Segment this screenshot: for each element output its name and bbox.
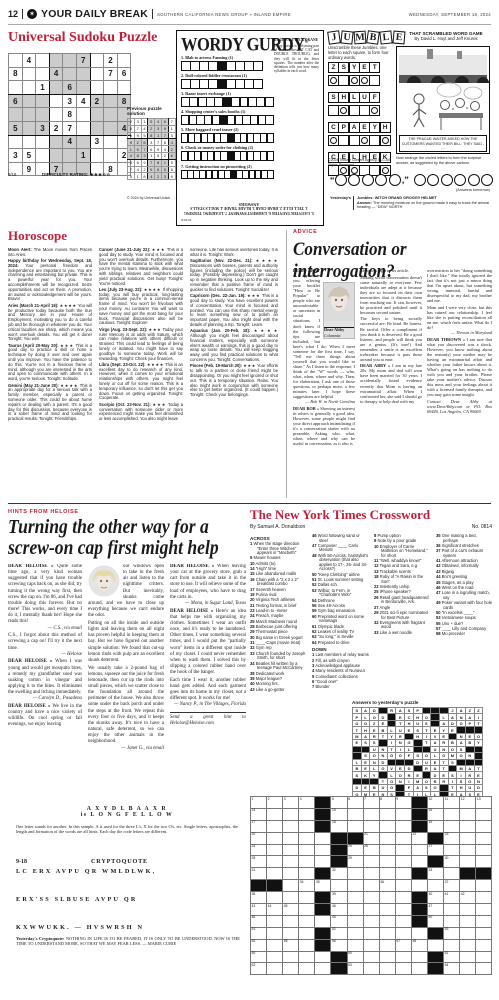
cryptoquote-line-3[interactable]: KXWWUKK. — HVSWRSH N — [16, 924, 144, 931]
crossword-cell[interactable]: 39 — [331, 892, 347, 904]
sudoku-cell[interactable] — [63, 149, 77, 163]
crossword-cell[interactable] — [267, 939, 283, 951]
letter-square[interactable] — [265, 115, 273, 125]
crossword-cell[interactable] — [283, 808, 299, 820]
crossword-cell[interactable]: 54 — [251, 939, 267, 951]
surprise-answer-circle[interactable] — [389, 174, 401, 186]
crossword-cell[interactable] — [444, 915, 460, 927]
crossword-cell[interactable] — [476, 927, 492, 939]
crossword-cell[interactable] — [299, 951, 315, 963]
crossword-cell[interactable] — [379, 939, 395, 951]
jumble-answer-circles[interactable]: “,” — [330, 174, 495, 186]
crossword-cell[interactable] — [283, 927, 299, 939]
crossword-cell[interactable] — [395, 904, 411, 916]
crossword-cell[interactable] — [395, 808, 411, 820]
sudoku-cell[interactable] — [117, 81, 131, 95]
crossword-cell[interactable]: 2 — [267, 797, 283, 809]
sudoku-cell[interactable] — [36, 108, 50, 122]
jumble-logo: JUMBLE — [328, 31, 405, 44]
crossword-cell[interactable] — [476, 939, 492, 951]
wordy-answer-squares[interactable] — [181, 115, 273, 125]
sudoku-cell[interactable] — [22, 121, 36, 135]
crossword-cell[interactable]: 32 — [331, 868, 347, 880]
crossword-cell[interactable]: 28 — [251, 856, 267, 868]
crossword-cell[interactable]: 49 — [331, 915, 347, 927]
letter-square[interactable] — [267, 151, 274, 161]
wordy-answer-squares[interactable] — [181, 97, 273, 107]
crossword-cell[interactable] — [395, 856, 411, 868]
sudoku-cell[interactable] — [104, 149, 118, 163]
wordy-answer-squares[interactable] — [181, 151, 273, 161]
crossword-cell[interactable] — [476, 856, 492, 868]
crossword-cell[interactable] — [267, 856, 283, 868]
crossword-cell[interactable]: 22 — [411, 832, 427, 844]
crossword-cell[interactable]: 7 — [363, 797, 379, 809]
crossword-cell — [315, 868, 331, 880]
crossword-cell[interactable] — [379, 844, 395, 856]
crossword-cell[interactable] — [267, 820, 283, 832]
crossword-cell[interactable] — [347, 892, 363, 904]
sudoku-cell[interactable] — [104, 81, 118, 95]
crossword-cell[interactable] — [395, 844, 411, 856]
sudoku-cell[interactable] — [63, 54, 77, 68]
crossword-cell[interactable] — [411, 927, 427, 939]
crossword-cell[interactable]: 53 — [444, 927, 460, 939]
crossword-cell[interactable]: 60 — [347, 951, 363, 963]
letter-square[interactable] — [267, 133, 274, 143]
crossword-cell[interactable] — [476, 880, 492, 892]
crossword-cell[interactable] — [267, 844, 283, 856]
crossword-cell[interactable]: 46 — [331, 904, 347, 916]
crossword-cell[interactable]: 63 — [347, 963, 363, 975]
wordy-answer-squares[interactable] — [181, 61, 273, 71]
crossword-cell[interactable]: 3 — [283, 797, 299, 809]
crossword-cell[interactable] — [395, 927, 411, 939]
crossword-cell[interactable] — [444, 844, 460, 856]
crossword-cell[interactable]: 25 — [347, 844, 363, 856]
newspaper-page: 12 ✶ YOUR DAILY BREAK SOUTHERN CALIFORNI… — [0, 0, 499, 1000]
paragraph: Each time I wear it, another rubber band… — [170, 678, 246, 709]
crossword-cell[interactable] — [460, 880, 476, 892]
crossword-cell[interactable]: 30 — [444, 856, 460, 868]
crossword-cell[interactable] — [299, 808, 315, 820]
crossword-cell[interactable] — [444, 868, 460, 880]
crossword-cell[interactable]: 51 — [251, 927, 267, 939]
crossword-cell[interactable]: 64 — [444, 963, 460, 975]
sudoku-cell[interactable] — [117, 54, 131, 68]
crossword-cell[interactable] — [299, 820, 315, 832]
crossword-title: The New York Times Crossword — [250, 507, 430, 523]
surprise-answer-circle[interactable] — [441, 174, 453, 186]
sudoku-cell[interactable] — [22, 135, 36, 149]
sudoku-cell[interactable] — [49, 54, 63, 68]
sudoku-cell[interactable] — [36, 135, 50, 149]
crossword-cell[interactable]: 9 — [395, 797, 411, 809]
jumble-yesterday: Yesterday's Jumbles: WITCH GRAND GROGGY … — [330, 196, 492, 210]
crossword-cell[interactable] — [315, 832, 331, 844]
wordy-answer-squares[interactable] — [181, 170, 273, 180]
crossword-cell[interactable] — [363, 856, 379, 868]
crossword-cell[interactable] — [476, 951, 492, 963]
crossword-cell — [411, 820, 427, 832]
crossword-cell[interactable] — [267, 951, 283, 963]
crossword-cell[interactable] — [315, 844, 331, 856]
crossword-cell[interactable]: 31 — [251, 868, 267, 880]
crossword-cell[interactable] — [395, 892, 411, 904]
crossword-cell[interactable] — [331, 880, 347, 892]
sudoku-cell[interactable] — [9, 108, 23, 122]
crossword-cell[interactable] — [315, 856, 331, 868]
crossword-cell[interactable]: 13 — [476, 797, 492, 809]
crossword-cell[interactable]: 45 — [283, 904, 299, 916]
crossword-cell[interactable] — [460, 844, 476, 856]
crossword-cell[interactable] — [267, 892, 283, 904]
sudoku-cell: 7 — [63, 121, 77, 135]
cryptoquote-header: 9-18 CRYPTOQUOTE — [16, 850, 238, 868]
sudoku-cell[interactable] — [90, 121, 104, 135]
crossword-cell[interactable] — [460, 904, 476, 916]
crossword-cell[interactable] — [379, 951, 395, 963]
sudoku-cell[interactable] — [36, 149, 50, 163]
crossword-cell[interactable] — [476, 820, 492, 832]
crossword-cell[interactable] — [347, 808, 363, 820]
crossword-cell[interactable] — [283, 963, 299, 975]
crossword-cell[interactable] — [460, 939, 476, 951]
crossword-cell[interactable]: 56 — [331, 939, 347, 951]
wordy-answer-squares[interactable] — [181, 133, 273, 143]
sudoku-cell[interactable] — [49, 94, 63, 108]
crossword-cell[interactable]: 48 — [251, 915, 267, 927]
crossword-cell[interactable] — [299, 939, 315, 951]
sudoku-cell[interactable] — [76, 121, 90, 135]
crossword-cell[interactable] — [315, 915, 331, 927]
crossword-cell[interactable] — [476, 963, 492, 975]
heloise-col-3: DEAR HELOISE » When leaving your car at … — [170, 564, 246, 802]
crossword-cell[interactable] — [444, 904, 460, 916]
letter-square[interactable] — [265, 97, 274, 107]
crossword-cell[interactable] — [476, 904, 492, 916]
crossword-cell[interactable]: 62 — [251, 963, 267, 975]
crossword-cell[interactable] — [363, 915, 379, 927]
letter-square[interactable] — [253, 79, 263, 89]
crossword-cell[interactable] — [411, 880, 427, 892]
paragraph: The keys to being socially successful ar… — [360, 316, 422, 361]
sudoku-cell[interactable] — [9, 81, 23, 95]
crossword-cell[interactable] — [476, 832, 492, 844]
crossword-cell[interactable]: 11 — [444, 797, 460, 809]
crossword-cell[interactable] — [460, 927, 476, 939]
cryptoquote-line-1[interactable]: LC ERX AVPU QR WMLDLWK, — [16, 868, 156, 875]
crossword-cell[interactable] — [395, 820, 411, 832]
crossword-cell[interactable]: 42 — [460, 892, 476, 904]
crossword-cell[interactable] — [363, 868, 379, 880]
heloise-kicker: HINTS FROM HELOISE — [8, 509, 79, 515]
crossword-cell[interactable] — [267, 927, 283, 939]
wordy-clue: 6. Check or money order for clothing (2) — [181, 145, 273, 150]
surprise-answer-circle[interactable] — [481, 174, 493, 186]
surprise-answer-circle[interactable] — [375, 174, 387, 186]
crossword-cell[interactable]: 36 — [379, 880, 395, 892]
crossword-cell[interactable] — [299, 904, 315, 916]
crossword-cell[interactable]: 52 — [331, 927, 347, 939]
crossword-cell[interactable] — [267, 915, 283, 927]
crossword-cell[interactable] — [411, 951, 427, 963]
crossword-cell[interactable] — [363, 820, 379, 832]
surprise-answer-circle[interactable] — [454, 174, 466, 186]
crossword-cell[interactable]: 17 — [251, 820, 267, 832]
crossword-cell[interactable]: 27 — [428, 844, 444, 856]
crossword-cell[interactable] — [299, 856, 315, 868]
crossword-cell[interactable] — [315, 951, 331, 963]
crossword-cell[interactable] — [363, 927, 379, 939]
sudoku-cell[interactable] — [76, 67, 90, 81]
crossword-cell[interactable] — [347, 868, 363, 880]
crossword-cell[interactable] — [363, 963, 379, 975]
crossword-cell[interactable] — [283, 892, 299, 904]
surprise-answer-circle[interactable] — [468, 174, 480, 186]
crossword-cell[interactable] — [444, 808, 460, 820]
crossword-cell[interactable] — [460, 915, 476, 927]
crossword-cell[interactable] — [283, 915, 299, 927]
sudoku-cell[interactable] — [22, 108, 36, 122]
crossword-cell[interactable] — [299, 892, 315, 904]
crossword-cell[interactable]: 18 — [331, 820, 347, 832]
sudoku-cell[interactable] — [22, 94, 36, 108]
crossword-cell[interactable]: 59 — [251, 951, 267, 963]
crossword-cell[interactable] — [347, 880, 363, 892]
wordy-answer-squares[interactable] — [181, 79, 273, 89]
sudoku-cell[interactable] — [49, 108, 63, 122]
crossword-cell[interactable] — [363, 904, 379, 916]
crossword-cell[interactable] — [283, 951, 299, 963]
crossword-cell[interactable]: 4 — [299, 797, 315, 809]
surprise-answer-circle[interactable] — [348, 174, 360, 186]
crossword-cell[interactable]: 24 — [251, 844, 267, 856]
sudoku-cell[interactable] — [104, 121, 118, 135]
sudoku-cell[interactable] — [9, 135, 23, 149]
crossword-cell[interactable] — [411, 856, 427, 868]
sudoku-cell[interactable] — [49, 81, 63, 95]
sudoku-cell[interactable] — [90, 54, 104, 68]
crossword-cell[interactable] — [267, 808, 283, 820]
crossword-cell[interactable] — [476, 844, 492, 856]
crossword-cell[interactable] — [476, 915, 492, 927]
sudoku-cell[interactable] — [63, 67, 77, 81]
crossword-cell[interactable] — [379, 820, 395, 832]
crossword-cell[interactable]: 33 — [428, 868, 444, 880]
sudoku-grid[interactable]: 47284761663428853274433512978 — [8, 53, 131, 176]
crossword-cell[interactable] — [379, 904, 395, 916]
crossword-cell[interactable] — [315, 963, 331, 975]
crossword-cell[interactable]: 58 — [411, 939, 427, 951]
crossword-cell[interactable] — [363, 892, 379, 904]
crossword-cell[interactable] — [444, 939, 460, 951]
crossword-cell[interactable]: 34 — [299, 880, 315, 892]
crossword-cell[interactable]: 23 — [444, 832, 460, 844]
jumble-instructions: Unscramble these Jumbles, one letter to … — [328, 46, 390, 60]
crossword-cell[interactable] — [347, 939, 363, 951]
crossword-cell[interactable] — [395, 880, 411, 892]
cryptoquote-line-2[interactable]: ERX'SS SLBUSE AVPU QR — [16, 896, 138, 903]
crossword-cell[interactable]: 41 — [444, 892, 460, 904]
sudoku-cell[interactable] — [49, 135, 63, 149]
crossword-cell[interactable] — [283, 880, 299, 892]
crossword-cell[interactable]: 26 — [363, 844, 379, 856]
crossword-cell[interactable] — [476, 892, 492, 904]
crossword-cell[interactable]: 55 — [283, 939, 299, 951]
crossword-cell[interactable] — [379, 927, 395, 939]
crossword-cell[interactable] — [283, 820, 299, 832]
crossword-cell[interactable]: 43 — [251, 904, 267, 916]
sudoku-cell[interactable] — [90, 108, 104, 122]
sudoku-cell: 6 — [161, 119, 168, 126]
crossword-cell[interactable] — [395, 832, 411, 844]
crossword-cell[interactable] — [428, 939, 444, 951]
sudoku-cell[interactable] — [90, 149, 104, 163]
crossword-cell[interactable]: 35 — [315, 880, 331, 892]
crossword-cell[interactable]: 10 — [428, 797, 444, 809]
sudoku-cell[interactable] — [49, 149, 63, 163]
crossword-cell[interactable] — [283, 832, 299, 844]
crossword-cell[interactable] — [411, 963, 427, 975]
crossword-cell[interactable]: 12 — [460, 797, 476, 809]
crossword-cell[interactable] — [299, 963, 315, 975]
sudoku-cell[interactable] — [22, 67, 36, 81]
crossword-cell[interactable]: 38 — [251, 892, 267, 904]
sudoku-cell[interactable] — [76, 81, 90, 95]
sudoku-cell: 6 — [134, 159, 141, 166]
crossword-cell[interactable] — [267, 868, 283, 880]
crossword-cell[interactable]: 16 — [428, 808, 444, 820]
surprise-answer-circle[interactable] — [335, 174, 347, 186]
jumble-answer-square[interactable] — [369, 105, 380, 116]
crossword-grid[interactable]: 1234567891011121314151617181920212223242… — [250, 796, 492, 975]
sudoku-cell[interactable] — [76, 108, 90, 122]
crossword-cell[interactable] — [347, 904, 363, 916]
crossword-cell[interactable] — [379, 868, 395, 880]
crossword-cell[interactable] — [460, 832, 476, 844]
crossword-cell[interactable] — [379, 915, 395, 927]
crossword-cell[interactable] — [347, 927, 363, 939]
paragraph: C.S., I forgot about this method of scre… — [8, 633, 82, 658]
letter-square[interactable] — [267, 170, 274, 180]
crossword-cell[interactable]: 6 — [347, 797, 363, 809]
crossword-cell[interactable] — [267, 963, 283, 975]
sudoku-cell[interactable] — [22, 81, 36, 95]
crossword-cell[interactable]: 40 — [428, 892, 444, 904]
crossword-cell[interactable] — [267, 832, 283, 844]
crossword-cell[interactable]: 20 — [251, 832, 267, 844]
crossword-cell[interactable]: 1 — [251, 797, 267, 809]
surprise-answer-circle[interactable] — [427, 174, 439, 186]
sudoku-cell: 4 — [49, 67, 63, 81]
crossword-cell[interactable] — [460, 951, 476, 963]
jumble-answer-square[interactable] — [369, 75, 380, 86]
crossword-cell[interactable] — [299, 927, 315, 939]
sudoku-cell[interactable] — [36, 54, 50, 68]
crossword-cell[interactable]: 47 — [428, 904, 444, 916]
crossword-cell[interactable] — [411, 844, 427, 856]
crossword-cell[interactable] — [379, 856, 395, 868]
crossword-cell[interactable] — [428, 880, 444, 892]
sudoku-cell: 8 — [63, 108, 77, 122]
crossword-cell — [315, 820, 331, 832]
crossword-clue: 32 Evergreens with fragrant wood — [374, 621, 431, 630]
crossword-cell[interactable] — [395, 868, 411, 880]
crossword-cell[interactable] — [299, 832, 315, 844]
sudoku-cell[interactable] — [104, 108, 118, 122]
crossword-cell — [411, 868, 427, 880]
crossword-cell[interactable]: 50 — [428, 915, 444, 927]
crossword-cell[interactable] — [299, 844, 315, 856]
crossword-cell[interactable] — [363, 880, 379, 892]
crossword-cell[interactable] — [347, 820, 363, 832]
crossword-clue: 26 Retail giant headquartered in Bentonv… — [374, 596, 431, 605]
sudoku-difficulty: DIFFICULTY RATING: ★★★☆☆ — [42, 172, 110, 177]
crossword-cell[interactable] — [460, 820, 476, 832]
crossword-cell[interactable] — [379, 832, 395, 844]
sudoku-cell[interactable] — [9, 54, 23, 68]
jumble-answer-square[interactable] — [380, 135, 391, 146]
crossword-cell[interactable] — [395, 963, 411, 975]
crossword-cell[interactable] — [283, 844, 299, 856]
crossword-cell[interactable]: 19 — [428, 820, 444, 832]
crossword-cell[interactable] — [283, 856, 299, 868]
crossword-cell[interactable] — [379, 808, 395, 820]
crossword-cell[interactable] — [395, 915, 411, 927]
crossword-cell[interactable]: 29 — [347, 856, 363, 868]
letter-square[interactable] — [253, 61, 263, 71]
crossword-cell[interactable]: 14 — [251, 808, 267, 820]
surprise-answer-circle[interactable] — [362, 174, 374, 186]
crossword-cell[interactable] — [460, 808, 476, 820]
sudoku-cell[interactable] — [90, 81, 104, 95]
crossword-cell[interactable] — [363, 808, 379, 820]
crossword-cell[interactable] — [460, 963, 476, 975]
crossword-cell[interactable] — [283, 868, 299, 880]
crossword-cell[interactable]: 57 — [395, 939, 411, 951]
crossword-cell[interactable]: 8 — [379, 797, 395, 809]
surprise-answer-circle[interactable] — [414, 174, 426, 186]
crossword-cell[interactable]: 44 — [267, 904, 283, 916]
crossword-cell[interactable] — [460, 856, 476, 868]
crossword-cell[interactable] — [379, 963, 395, 975]
crossword-cell[interactable] — [299, 868, 315, 880]
crossword-cell[interactable] — [347, 915, 363, 927]
crossword-cell[interactable] — [363, 951, 379, 963]
crossword-cell[interactable]: 15 — [331, 808, 347, 820]
crossword-cell[interactable]: 37 — [444, 880, 460, 892]
crossword-cell[interactable] — [379, 892, 395, 904]
crossword-cell[interactable] — [395, 951, 411, 963]
sudoku-cell[interactable] — [36, 94, 50, 108]
sudoku-cell[interactable] — [104, 135, 118, 149]
crossword-cell[interactable] — [363, 939, 379, 951]
sudoku-cell[interactable] — [36, 67, 50, 81]
sudoku-cell[interactable] — [76, 135, 90, 149]
crossword-cell[interactable]: 5 — [331, 797, 347, 809]
sudoku-cell: 3 — [9, 149, 23, 163]
crossword-cell[interactable] — [299, 915, 315, 927]
crossword-cell[interactable] — [444, 820, 460, 832]
crossword-clue: 10 Employer of Carrie Mathison on "Homel… — [374, 545, 431, 559]
crossword-cell[interactable] — [476, 808, 492, 820]
sudoku-cell[interactable] — [90, 67, 104, 81]
sudoku-cell[interactable] — [104, 94, 118, 108]
sudoku-cell: 7 — [128, 166, 135, 173]
crossword-cell[interactable]: 21 — [363, 832, 379, 844]
crossword-cell[interactable]: 61 — [444, 951, 460, 963]
